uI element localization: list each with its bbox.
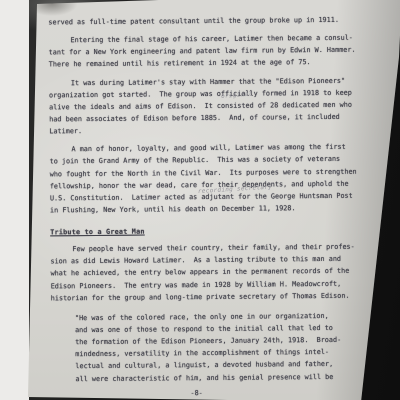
photo-border	[0, 0, 29, 400]
text-line: served as full-time patent consultant un…	[48, 14, 364, 29]
blockquote-tribute: "He was of the colored race, the only on…	[75, 309, 368, 384]
page-number: -8-	[52, 385, 342, 400]
text-line: in Flushing, New York, until his death o…	[50, 202, 366, 217]
photo-of-document: served as full-time patent consultant un…	[0, 0, 400, 400]
text-line: There he remained until his retirement i…	[49, 56, 365, 71]
paragraph: A man of honor, loyalty, and good will, …	[49, 141, 366, 217]
paragraph: Few people have served their country, th…	[50, 241, 367, 304]
text-line: historian for the group and long-time pr…	[51, 289, 367, 304]
paragraph-continuation: served as full-time patent consultant un…	[48, 14, 364, 29]
text-line: all were characteristic of him, and his …	[75, 370, 367, 385]
paragraph: It was during Latimer's stay with Hammer…	[49, 74, 366, 137]
paragraph: Entering the final stage of his career, …	[48, 32, 364, 71]
page-text: served as full-time patent consultant un…	[48, 14, 367, 400]
section-heading: Tribute to a Great Man	[50, 224, 366, 239]
